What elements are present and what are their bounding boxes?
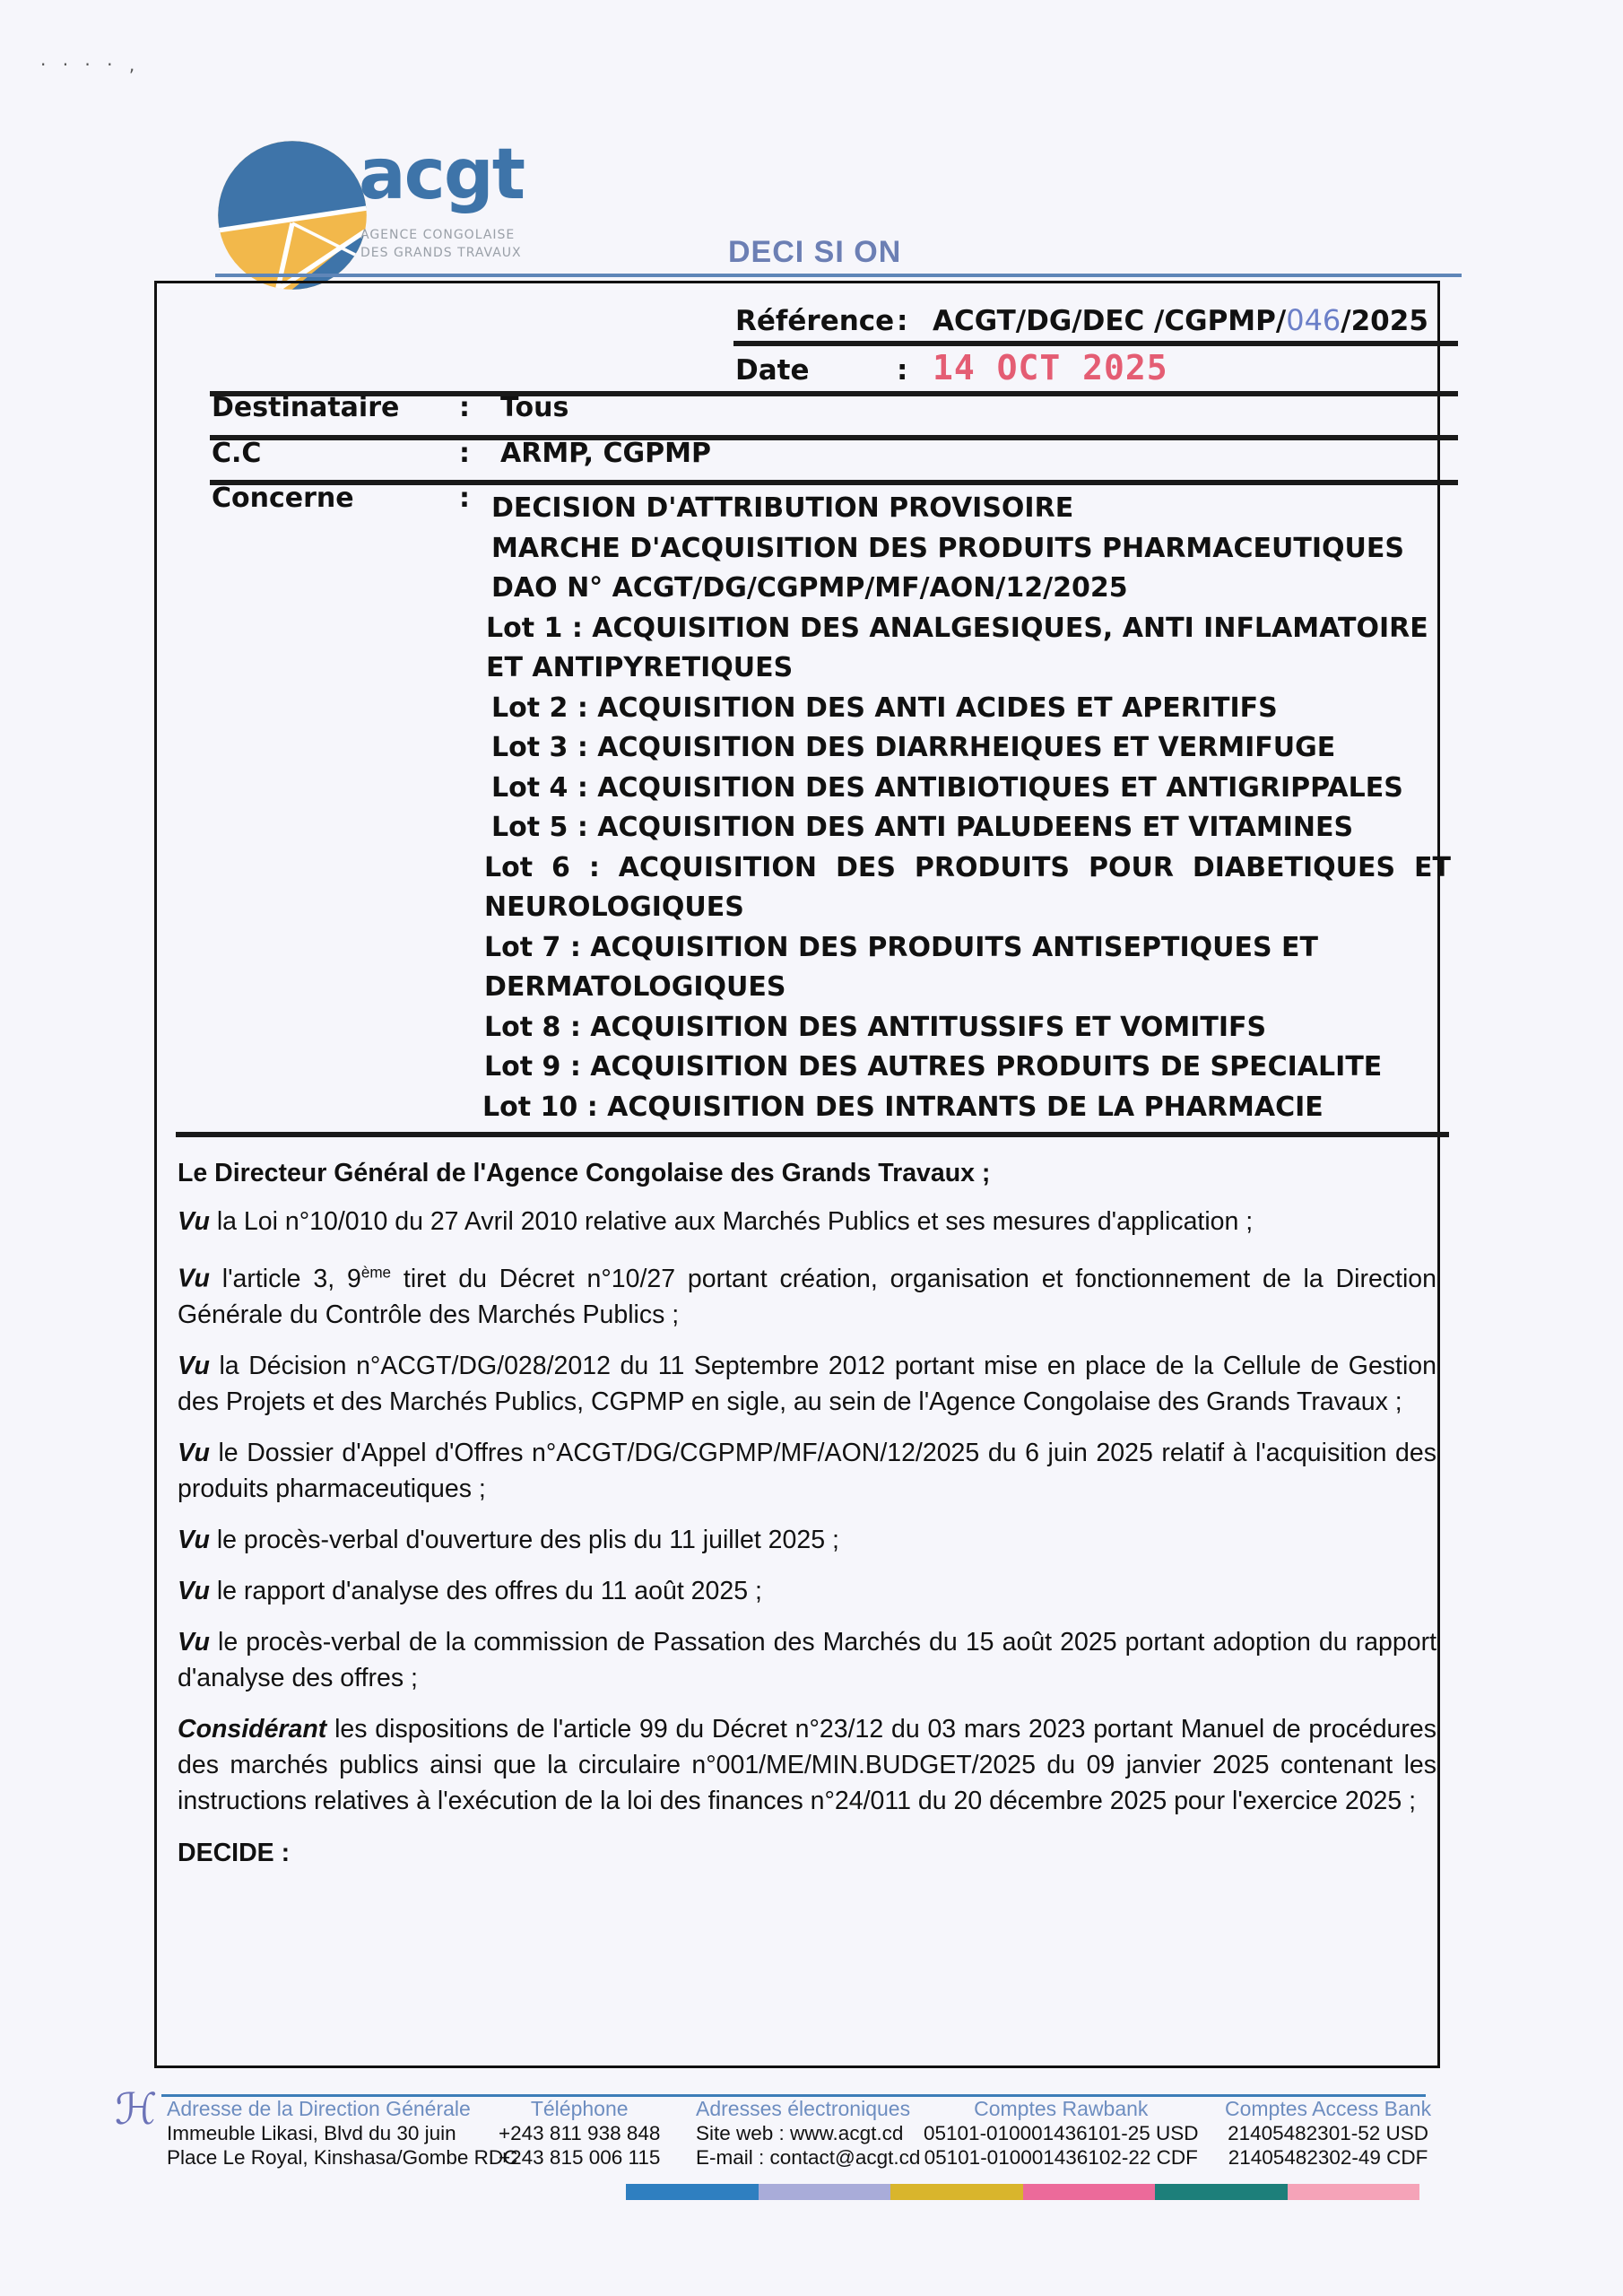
concerne-value: DECISION D'ATTRIBUTION PROVISOIRE MARCHE… (491, 489, 1451, 1127)
document-title: DECI SI ON (728, 235, 901, 270)
destinataire-value: Tous (500, 392, 568, 423)
vu-text: le Dossier d'Appel d'Offres n°ACGT/DG/CG… (178, 1439, 1436, 1503)
vu-paragraph: Vu le procès-verbal d'ouverture des plis… (178, 1522, 1436, 1558)
concerne-line: DECISION D'ATTRIBUTION PROVISOIRE (491, 489, 1451, 529)
vu-keyword: Vu (178, 1439, 210, 1467)
account-number: 21405482302-49 CDF (1225, 2145, 1431, 2170)
vu-paragraph: Vu la Décision n°ACGT/DG/028/2012 du 11 … (178, 1348, 1436, 1420)
brand-subtitle: AGENCE CONGOLAISE DES GRANDS TRAVAUX (360, 226, 522, 262)
colon: : (897, 354, 933, 387)
lot-item: Lot 6 : ACQUISITION DES PRODUITS POUR DI… (484, 848, 1451, 928)
email-link[interactable]: E-mail : contact@acgt.cd (696, 2145, 920, 2170)
stripe-segment (1023, 2184, 1156, 2200)
reference-number-handwritten: 046 (1286, 303, 1341, 337)
cc-divider (210, 480, 1458, 485)
footer-heading: Téléphone (499, 2097, 660, 2121)
reference-label: Référence (735, 305, 897, 337)
lot-item: Lot 2 : ACQUISITION DES ANTI ACIDES ET A… (491, 689, 1451, 729)
concerne-line: MARCHE D'ACQUISITION DES PRODUITS PHARMA… (491, 529, 1451, 570)
considerant-paragraph: Considérant les dispositions de l'articl… (178, 1711, 1436, 1819)
vu-keyword: Vu (178, 1577, 210, 1605)
considerant-keyword: Considérant (178, 1715, 326, 1744)
footer-address: Adresse de la Direction Générale Immeubl… (167, 2097, 517, 2170)
scan-artifact: · · · · , (40, 54, 140, 75)
concerne-divider (176, 1132, 1449, 1137)
footer-heading: Adresse de la Direction Générale (167, 2097, 517, 2121)
lot-item: Lot 9 : ACQUISITION DES AUTRES PRODUITS … (484, 1048, 1451, 1088)
footer-rawbank: Comptes Rawbank 05101-010001436101-25 US… (924, 2097, 1199, 2170)
footer-text: Place Le Royal, Kinshasa/Gombe RDC (167, 2145, 517, 2170)
vu-keyword: Vu (178, 1628, 210, 1657)
vu-text: la Loi n°10/010 du 27 Avril 2010 relativ… (217, 1207, 1253, 1236)
stripe-segment (890, 2184, 1023, 2200)
phone-number: +243 815 006 115 (499, 2145, 660, 2170)
destinataire-label: Destinataire (212, 392, 399, 423)
vu-keyword: Vu (178, 1265, 210, 1293)
brand-subtitle-line-1: AGENCE CONGOLAISE (360, 226, 522, 244)
vu-text: la Décision n°ACGT/DG/028/2012 du 11 Sep… (178, 1352, 1436, 1416)
concerne-label: Concerne (212, 483, 354, 514)
lot-item: Lot 10 : ACQUISITION DES INTRANTS DE LA … (482, 1088, 1451, 1128)
reference-row: Référence:ACGT/DG/DEC /CGPMP/046/2025 (735, 303, 1471, 337)
account-number: 05101-010001436102-22 CDF (924, 2145, 1199, 2170)
footer-heading: Comptes Rawbank (924, 2097, 1199, 2121)
brand-name: acgt (359, 135, 524, 215)
vu-paragraph: Vu le Dossier d'Appel d'Offres n°ACGT/DG… (178, 1435, 1436, 1507)
vu-text: le rapport d'analyse des offres du 11 ao… (217, 1577, 762, 1605)
cc-value: ARMP, CGPMP (500, 438, 711, 469)
lot-item: Lot 3 : ACQUISITION DES DIARRHEIQUES ET … (491, 728, 1451, 769)
decision-body: Le Directeur Général de l'Agence Congola… (178, 1155, 1436, 1886)
vu-paragraph: Vu la Loi n°10/010 du 27 Avril 2010 rela… (178, 1204, 1436, 1239)
vu-keyword: Vu (178, 1526, 210, 1554)
date-label: Date (735, 354, 897, 387)
vu-text: le procès-verbal de la commission de Pas… (178, 1628, 1436, 1692)
destinataire-divider (210, 435, 1458, 440)
reference-suffix: /2025 (1341, 305, 1428, 337)
brand-subtitle-line-2: DES GRANDS TRAVAUX (360, 244, 522, 262)
lot-item: Lot 1 : ACQUISITION DES ANALGESIQUES, AN… (486, 609, 1451, 689)
cc-label: C.C (212, 438, 261, 469)
vu-keyword: Vu (178, 1207, 210, 1236)
footer-text: Immeuble Likasi, Blvd du 30 juin (167, 2121, 517, 2145)
lot-item: Lot 7 : ACQUISITION DES PRODUITS ANTISEP… (484, 928, 1345, 1008)
intro-line: Le Directeur Général de l'Agence Congola… (178, 1155, 1436, 1191)
website-link[interactable]: Site web : www.acgt.cd (696, 2121, 920, 2145)
stripe-segment (1155, 2184, 1288, 2200)
vu-text: le procès-verbal d'ouverture des plis du… (217, 1526, 839, 1554)
footer-accessbank: Comptes Access Bank 21405482301-52 USD 2… (1225, 2097, 1431, 2170)
date-stamp: 14 OCT 2025 (933, 348, 1168, 387)
account-number: 21405482301-52 USD (1225, 2121, 1431, 2145)
vu-paragraph: Vu le procès-verbal de la commission de … (178, 1624, 1436, 1696)
date-row: Date:14 OCT 2025 (735, 348, 1471, 387)
considerant-text: les dispositions de l'article 99 du Décr… (178, 1715, 1436, 1815)
footer-electronic: Adresses électroniques Site web : www.ac… (696, 2097, 920, 2170)
colon: : (459, 392, 470, 423)
footer-heading: Adresses électroniques (696, 2097, 920, 2121)
color-stripe (626, 2184, 1419, 2200)
initials-mark: ℋ (115, 2084, 157, 2135)
header-divider (215, 274, 1462, 277)
account-number: 05101-010001436101-25 USD (924, 2121, 1199, 2145)
vu-text: l'article 3, 9ème tiret du Décret n°10/2… (178, 1265, 1436, 1329)
lot-item: Lot 4 : ACQUISITION DES ANTIBIOTIQUES ET… (491, 769, 1451, 809)
colon: : (459, 483, 470, 514)
lot-item: Lot 8 : ACQUISITION DES ANTITUSSIFS ET V… (484, 1008, 1451, 1048)
stripe-segment (759, 2184, 891, 2200)
vu-paragraph: Vu le rapport d'analyse des offres du 11… (178, 1573, 1436, 1609)
vu-keyword: Vu (178, 1352, 210, 1380)
concerne-line: DAO N° ACGT/DG/CGPMP/MF/AON/12/2025 (491, 569, 1451, 609)
footer-heading: Comptes Access Bank (1225, 2097, 1431, 2121)
reference-divider (733, 341, 1458, 346)
reference-prefix: ACGT/DG/DEC /CGPMP/ (933, 305, 1286, 337)
stripe-segment (626, 2184, 759, 2200)
acgt-logo-icon (212, 135, 373, 296)
footer-phone: Téléphone +243 811 938 848 +243 815 006 … (499, 2097, 660, 2170)
phone-number: +243 811 938 848 (499, 2121, 660, 2145)
stripe-segment (1288, 2184, 1420, 2200)
vu-paragraph: Vu l'article 3, 9ème tiret du Décret n°1… (178, 1255, 1436, 1333)
lot-item: Lot 5 : ACQUISITION DES ANTI PALUDEENS E… (491, 808, 1451, 848)
colon: : (897, 305, 933, 337)
colon: : (459, 438, 470, 469)
decide-heading: DECIDE : (178, 1835, 1436, 1871)
